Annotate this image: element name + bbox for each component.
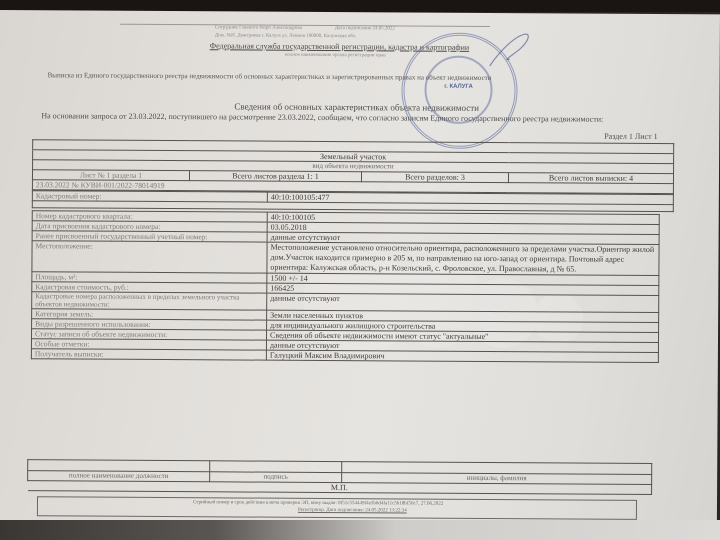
object-header-table: Земельный участок вид объекта недвижимос…	[32, 139, 674, 194]
request-basis: На основании запроса от 23.03.2022, пост…	[41, 111, 603, 123]
row-label: Местоположение:	[32, 241, 267, 273]
row-label: Особые отметки:	[31, 339, 266, 350]
photo-edge-bottom	[0, 520, 720, 540]
row-label: Получатель выписки:	[31, 349, 266, 360]
certificate-line1: Серийный номер и срок действия ключа про…	[193, 500, 443, 507]
header-line2: Дом. №Н. Дмитриева г. Калуга ул. Ленина …	[215, 33, 357, 39]
cadastral-number-table: Кадастровый номер: 40:10:100105:477	[32, 190, 674, 212]
signature-cell	[210, 461, 342, 473]
row-value: Галуцкий Максим Владимирович	[266, 350, 658, 362]
signature-icon	[485, 31, 535, 71]
section-sheet: Раздел 1 Лист 1	[604, 132, 657, 141]
row-label: Дата присвоения кадастрового номера:	[32, 221, 267, 232]
certificate-box: Серийный номер и срок действия ключа про…	[37, 496, 637, 520]
header-line1-right: Дата подписания 24.05.2022	[335, 26, 395, 31]
row-label: Номер кадастрового квартала:	[32, 211, 267, 222]
row-label: Площадь, м²:	[32, 272, 267, 283]
table-row: Местоположение:Местоположение установлен…	[32, 241, 659, 276]
cadastral-number-label: Кадастровый номер:	[32, 191, 267, 202]
signature-table: полное наименование должности подпись ин…	[27, 459, 652, 495]
agency-caption: полное наименование органа регистрации п…	[285, 53, 386, 59]
row-label: Виды разрешенного использования:	[32, 319, 267, 330]
header-line1-left: Сотрудник Главного бюро Александрова	[215, 25, 302, 31]
row-label: Ранее присвоенный государственный учетны…	[32, 231, 267, 242]
stamp-city: г. КАЛУГА	[427, 84, 491, 90]
row-label: Кадастровая стоимость, руб.:	[32, 282, 267, 293]
characteristics-table: Номер кадастрового квартала:40:10:100105…	[31, 210, 660, 363]
row-value: Местоположение установлено относительно …	[267, 242, 659, 275]
row-label: Категория земель:	[32, 309, 267, 320]
row-label: Статус записи об объекте недвижимости:	[31, 329, 266, 340]
document-page: Сотрудник Главного бюро Александрова Дат…	[0, 10, 720, 529]
row-label: Кадастровые номера расположенных в преде…	[32, 292, 267, 310]
certificate-line2: Регистратор. Дата подписания: 24.05.2022…	[298, 508, 407, 514]
